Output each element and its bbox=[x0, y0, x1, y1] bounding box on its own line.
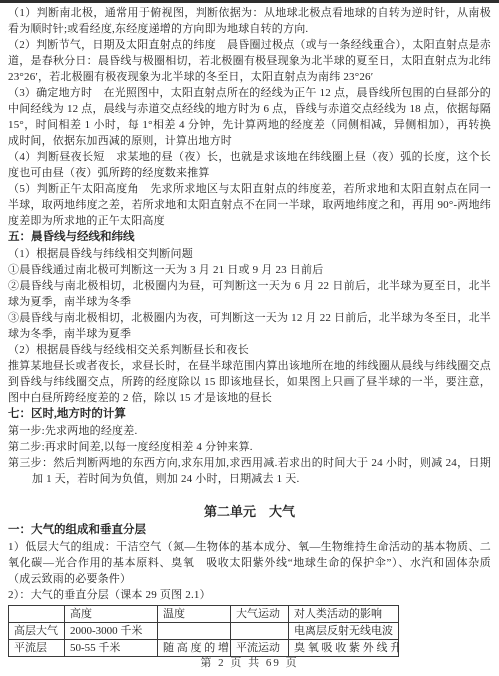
para-noon-sun-angle: （5）判断正午太阳高度角 先求所求地区与太阳直射点的纬度差，若所求地和太阳直射点… bbox=[8, 181, 491, 229]
para-5-2-body: 推算某地昼长或者夜长，求昼长时，在昼半球范围内算出该地所在地的纬线圈从晨线与纬线… bbox=[8, 358, 491, 406]
table-header-row: 高度 温度 大气运动 对人类活动的影响 bbox=[9, 606, 399, 623]
para-judge-solar-term: （2）判断节气，日期及太阳直射点的纬度 晨昏圈过极点（或与一条经线重合），太阳直… bbox=[8, 37, 491, 85]
cell-human-impact: 电离层反射无线电波 bbox=[289, 623, 399, 640]
cell-motion bbox=[231, 623, 289, 640]
page-number-footer: 第 2 页 共 69 页 bbox=[0, 654, 499, 670]
para-daynight-length: （4）判断昼夜长短 求某地的昼（夜）长，也就是求该地在纬线圈上昼（夜）弧的长度，… bbox=[8, 149, 491, 181]
para-local-time: （3）确定地方时 在光照图中，太阳直射点所在的经线为正午 12 点，晨昏线所包围… bbox=[8, 85, 491, 149]
para-5-2-title: （2）根据晨昏线与经线相交关系判断昼长和夜长 bbox=[8, 342, 491, 358]
heading-atmosphere-composition: 一：大气的组成和垂直分层 bbox=[8, 522, 491, 539]
atmosphere-layers-table: 高度 温度 大气运动 对人类活动的影响 高层大气 2000-3000 千米 电离… bbox=[8, 605, 399, 657]
heading-section-5: 五：晨昏线与经线和纬线 bbox=[8, 229, 491, 246]
para-5-1-title: （1）根据晨昏线与纬线相交判断问题 bbox=[8, 246, 491, 262]
document-page: （1）判断南北极，通常用于俯视图，判断依据为：从地球北极点看地球的自转为逆时针，… bbox=[0, 0, 499, 676]
para-step-2: 第二步:再求时间差,以每一度经度相差 4 分钟来算. bbox=[8, 439, 491, 455]
table-header-human-impact: 对人类活动的影响 bbox=[289, 606, 399, 623]
para-judge-poles: （1）判断南北极，通常用于俯视图，判断依据为：从地球北极点看地球的自转为逆时针，… bbox=[8, 5, 491, 37]
para-step-3: 第三步：然后判断两地的东西方向,求东用加,求西用减.若求出的时间大于 24 小时… bbox=[8, 455, 491, 487]
heading-section-7: 七：区时,地方时的计算 bbox=[8, 406, 491, 423]
para-vertical-layers: 2）：大气的垂直分层（课本 29 页图 2.1） bbox=[8, 587, 491, 603]
table-row-high-atmosphere: 高层大气 2000-3000 千米 电离层反射无线电波 bbox=[9, 623, 399, 640]
table-header-blank bbox=[9, 606, 65, 623]
table-header-motion: 大气运动 bbox=[231, 606, 289, 623]
table-header-height: 高度 bbox=[65, 606, 158, 623]
table-header-temperature: 温度 bbox=[158, 606, 231, 623]
cell-temperature bbox=[158, 623, 231, 640]
para-lower-atmosphere: 1）低层大气的组成：干洁空气（氮—生物体的基本成分、氧—生物维持生命活动的基本物… bbox=[8, 539, 491, 587]
para-5-1-item3: ③晨昏线与南北极相切，北极圈内为夜，可判断这一天为 12 月 22 日前后，北半… bbox=[8, 310, 491, 342]
cell-height: 2000-3000 千米 bbox=[65, 623, 158, 640]
para-step-1: 第一步:先求两地的经度差. bbox=[8, 423, 491, 439]
para-5-1-item2: ②晨昏线与南北极相切，北极圈内为昼，可判断这一天为 6 月 22 日前后，北半球… bbox=[8, 278, 491, 310]
document-body: （1）判断南北极，通常用于俯视图，判断依据为：从地球北极点看地球的自转为逆时针，… bbox=[8, 0, 491, 657]
unit-2-title: 第二单元 大气 bbox=[8, 503, 491, 521]
page-top-edge-rule bbox=[0, 0, 499, 3]
para-5-1-item1: ①晨昏线通过南北极可判断这一天为 3 月 21 日或 9 月 23 日前后 bbox=[8, 262, 491, 278]
cell-layer-name: 高层大气 bbox=[9, 623, 65, 640]
